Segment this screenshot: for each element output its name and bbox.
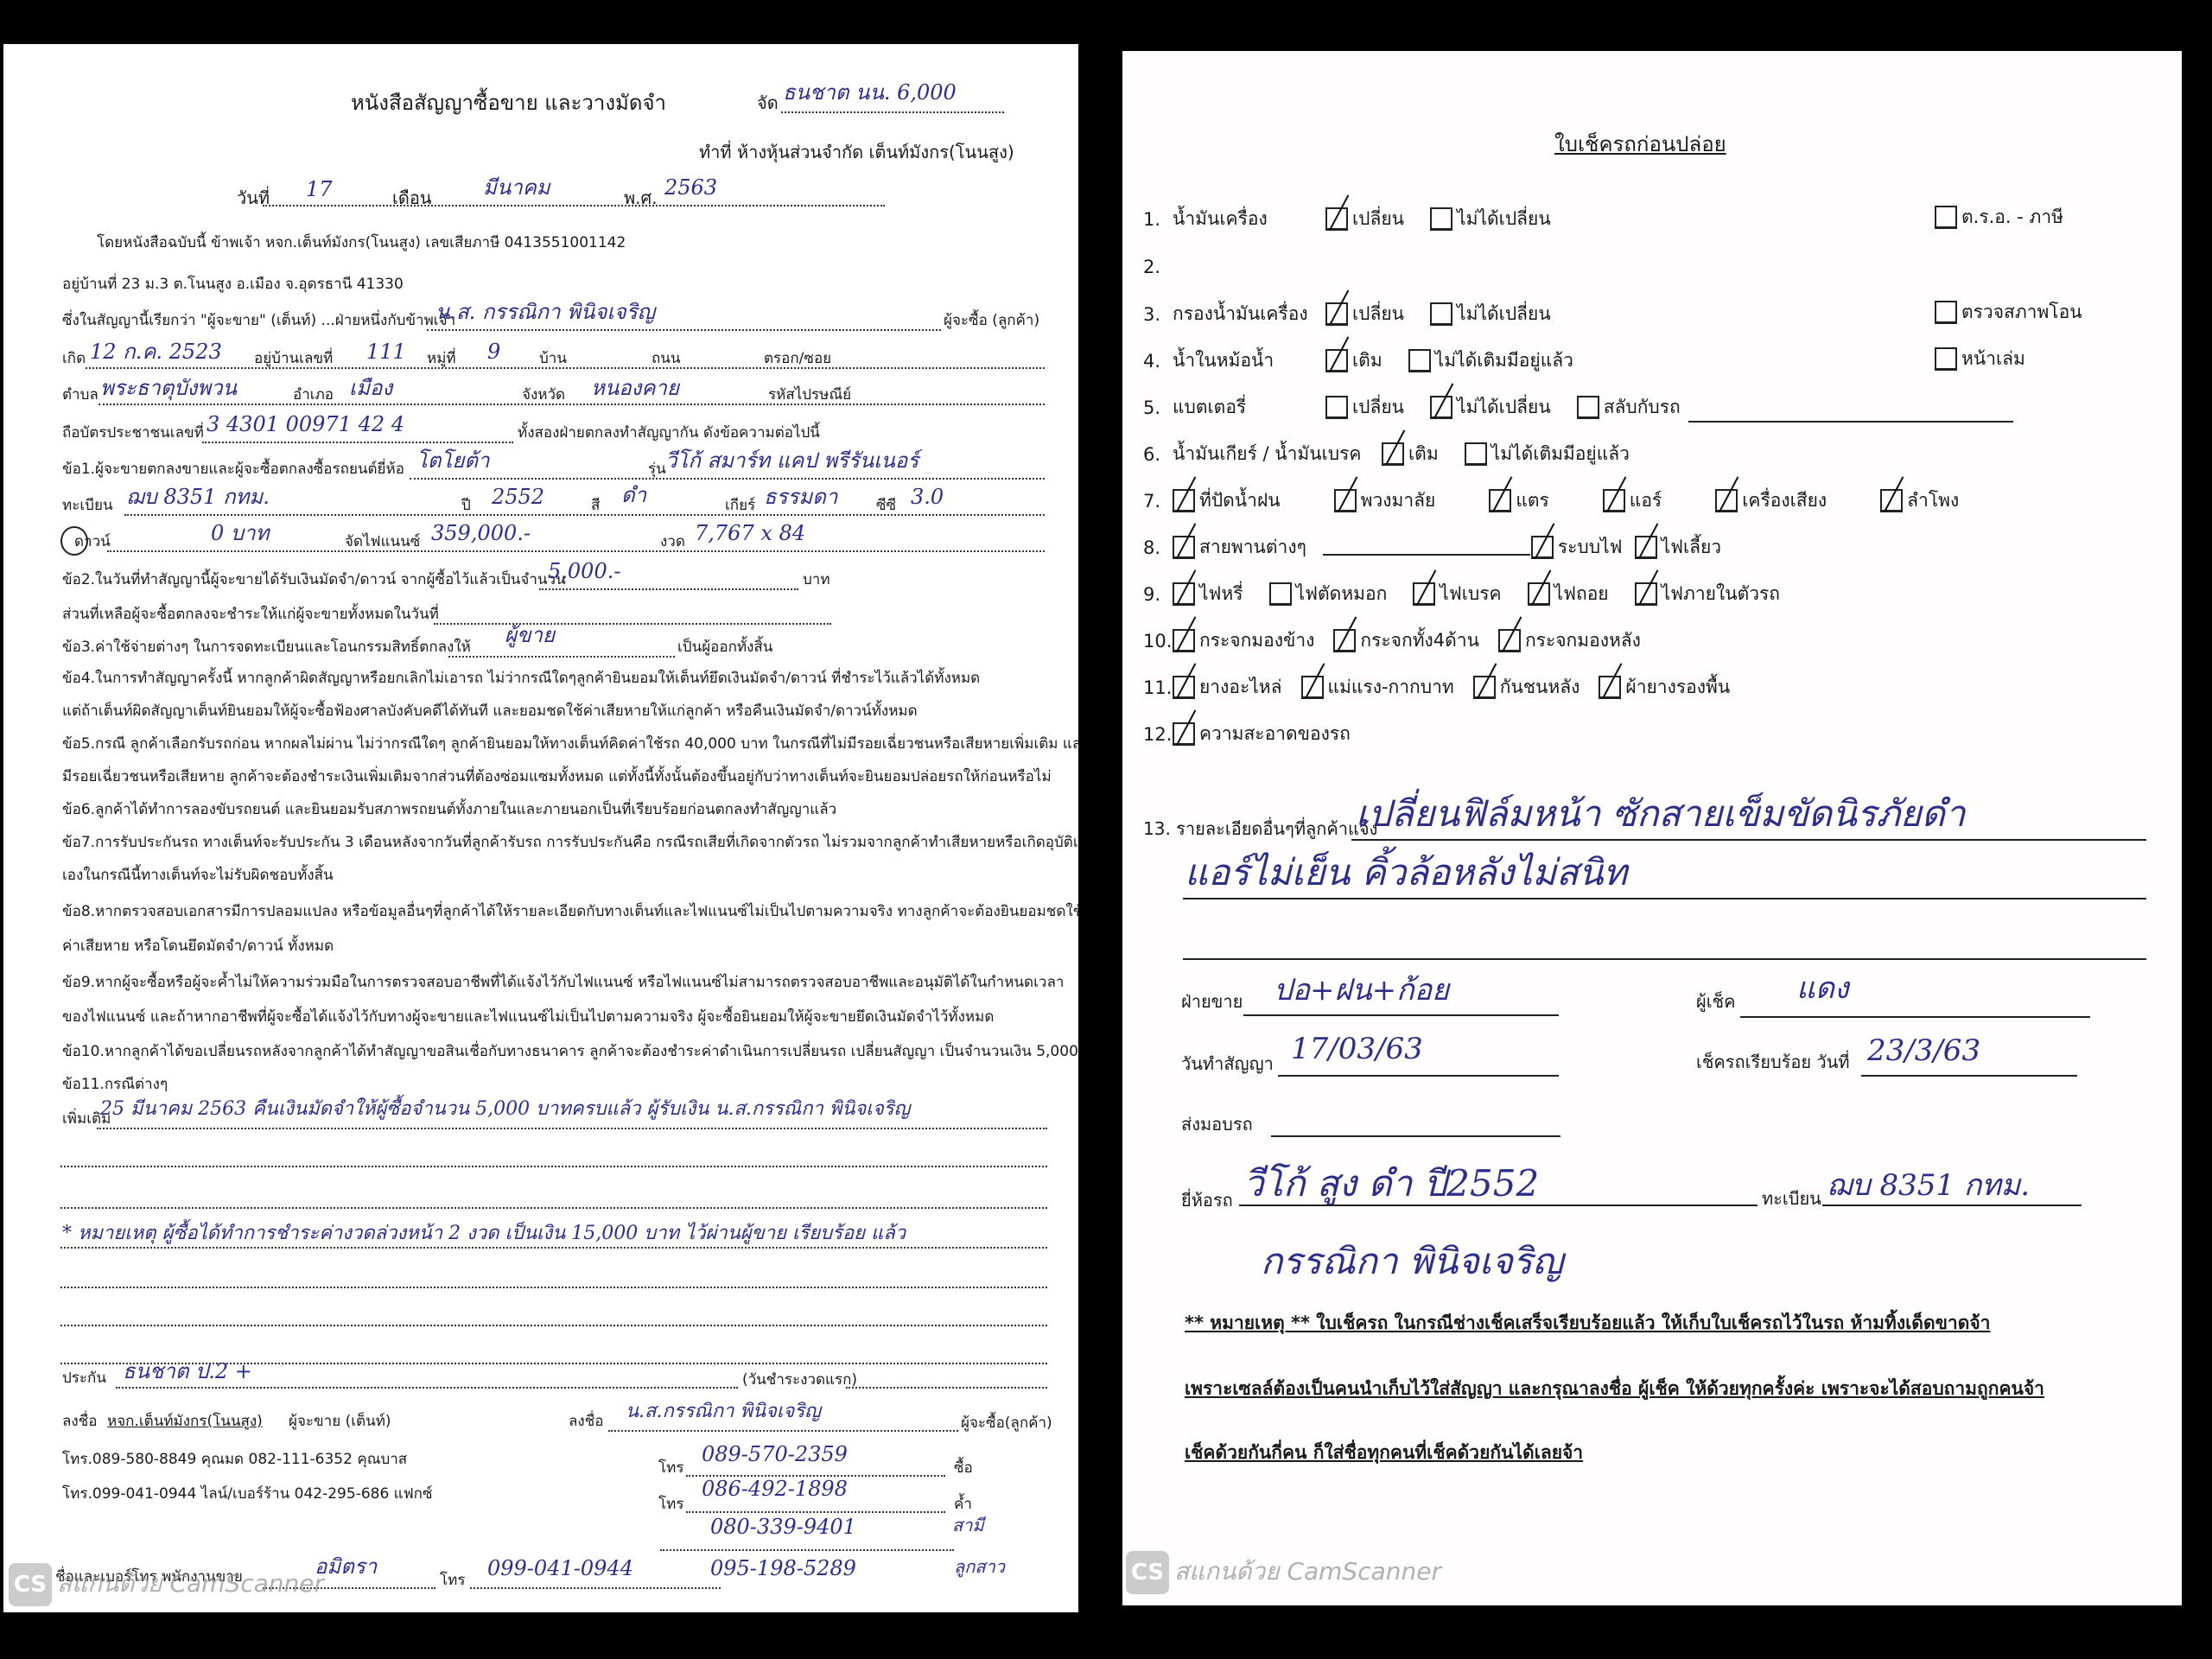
checklist-item: 10.กระจกมองข้างกระจกทั้ง4ด้านกระจกมองหลั…: [1143, 626, 1660, 655]
checklist-option-label: พวงมาลัย: [1361, 486, 1436, 515]
checkbox-checked[interactable]: [1173, 676, 1195, 699]
checklist-option[interactable]: เติม: [1382, 440, 1439, 468]
checklist-option[interactable]: แม่แรง-กากบาท: [1301, 673, 1454, 702]
car-cc: 3.0: [911, 486, 944, 507]
checkbox-checked[interactable]: [1635, 536, 1657, 559]
checklist-option-label: ไฟเบรค: [1440, 580, 1501, 608]
seller-signature: หจก.เต็นท์มังกร(โนนสูง): [107, 1414, 263, 1429]
buyer-subdistrict: พระธาตุบังพวน: [100, 378, 237, 398]
checklist-item: 5.แบตเตอรี่เปลี่ยนไม่ได้เปลี่ยนสลับกับรถ: [1143, 393, 1707, 422]
husband-phone: 080-339-9401: [710, 1516, 856, 1537]
checklist-item-number: 11.: [1143, 677, 1173, 698]
clause-text: ของไฟแนนซ์ และถ้าหากอาชีพที่ผู้จะซื้อได้…: [62, 1010, 994, 1025]
camscanner-logo: CS: [1126, 1551, 1169, 1594]
checklist-option[interactable]: ไม่ได้เติมมีอยู่แล้ว: [1465, 440, 1630, 468]
checklist-option[interactable]: ไม่ได้เปลี่ยน: [1430, 205, 1551, 233]
salesperson-phone: 099-041-0944: [487, 1558, 633, 1579]
checklist-option[interactable]: สายพานต่างๆ: [1173, 533, 1306, 562]
checkbox-unchecked[interactable]: [1577, 396, 1599, 419]
checklist-option-label: สายพานต่างๆ: [1199, 533, 1306, 562]
checkbox-checked[interactable]: [1430, 396, 1452, 419]
checkbox-unchecked[interactable]: [1430, 207, 1452, 231]
checklist-option[interactable]: ผ้ายางรองพื้น: [1599, 673, 1730, 702]
checklist-item-number: 9.: [1143, 584, 1173, 605]
checklist-option-label: เครื่องเสียง: [1742, 486, 1827, 515]
customer-name: กรรณิกา พินิจเจริญ: [1261, 1243, 1563, 1280]
checkbox-unchecked[interactable]: [1269, 582, 1292, 606]
checked-date: 23/3/63: [1867, 1036, 1980, 1065]
checklist-option-label: สลับกับรถ: [1604, 393, 1681, 422]
checkbox-checked[interactable]: [1489, 489, 1511, 512]
side-check-transfer[interactable]: ตรวจสภาพโอน: [1935, 298, 2082, 327]
checklist-item: 6.น้ำมันเกียร์ / น้ำมันเบรคเติมไม่ได้เติ…: [1143, 440, 1656, 468]
note-line-3: เช็คด้วยกันกี่คน ก็ใส่ชื่อทุกคนที่เช็คด้…: [1185, 1444, 1583, 1462]
buyer-province: หนองคาย: [591, 378, 679, 398]
finance-value: ธนชาต นน. 6,000: [783, 82, 957, 103]
checklist-option[interactable]: ไฟภายในตัวรถ: [1635, 580, 1780, 608]
checklist-option-label: ไม่ได้เปลี่ยน: [1457, 205, 1551, 233]
details-line-1: เปลี่ยนฟิล์มหน้า ซักสายเข็มขัดนิรภัยดำ: [1356, 796, 1966, 832]
checkbox-checked[interactable]: [1325, 207, 1348, 231]
checklist-option[interactable]: ไฟตัดหมอก: [1269, 580, 1388, 608]
date-day: 17: [306, 179, 333, 200]
checklist-item-label: กรองน้ำมันเครื่อง: [1173, 300, 1325, 328]
checker-name: แดง: [1796, 974, 1849, 1003]
checklist-option-label: ลำโพง: [1907, 486, 1959, 515]
checkbox-checked[interactable]: [1413, 582, 1435, 606]
seller-address: อยู่บ้านที่ 23 ม.3 ต.โนนสูง อ.เมือง จ.อุ…: [62, 277, 404, 292]
shop-phones: โทร.089-580-8849 คุณมด 082-111-6352 คุณบ…: [62, 1452, 407, 1467]
checklist-item: 8.สายพานต่างๆระบบไฟไฟเลี้ยว: [1143, 533, 1733, 562]
checklist-option[interactable]: ไม่ได้เปลี่ยน: [1430, 300, 1551, 328]
clause-text: ข้อ7.การรับประกันรถ ทางเต็นท์จะรับประกัน…: [62, 836, 1078, 850]
details-line-2: แอร์ไม่เย็น คิ้วล้อหลังไม่สนิท: [1185, 855, 1627, 891]
checkbox-checked[interactable]: [1715, 489, 1738, 512]
checklist-option-label: เปลี่ยน: [1352, 205, 1404, 233]
checklist-option[interactable]: แตร: [1489, 486, 1548, 515]
checklist-item-number: 2.: [1143, 257, 1173, 277]
checkbox-checked[interactable]: [1301, 676, 1324, 699]
side-check-book[interactable]: หน้าเล่ม: [1935, 345, 2025, 373]
checklist-item-label: แบตเตอรี่: [1173, 393, 1325, 422]
checklist-option-label: ไม่ได้เติมมีอยู่แล้ว: [1491, 440, 1630, 468]
checklist-option[interactable]: แอร์: [1603, 486, 1662, 515]
checklist-option-label: กระจกมองข้าง: [1199, 626, 1314, 655]
expense-payer: ผู้ขาย: [505, 625, 555, 645]
checklist-option-label: เปลี่ยน: [1352, 300, 1404, 328]
checklist-option[interactable]: ลำโพง: [1880, 486, 1959, 515]
checkbox-checked[interactable]: [1382, 442, 1404, 466]
checkbox-checked[interactable]: [1880, 489, 1903, 512]
checklist-item-number: 6.: [1143, 444, 1173, 465]
buyer-district: เมือง: [349, 378, 392, 398]
finance-amount: 359,000.-: [431, 523, 531, 543]
checklist-option[interactable]: กันชนหลัง: [1473, 673, 1580, 702]
checklist-item: 2.: [1143, 257, 1173, 277]
checklist-option-label: เปลี่ยน: [1352, 393, 1404, 422]
checklist-option-label: กระจกมองหลัง: [1525, 626, 1641, 655]
checklist-item: 11.ยางอะไหล่แม่แรง-กากบาทกันชนหลังผ้ายาง…: [1143, 673, 1749, 702]
date-year: 2563: [664, 177, 717, 198]
checkbox-unchecked[interactable]: [1430, 302, 1452, 326]
checklist-option[interactable]: พวงมาลัย: [1334, 486, 1436, 515]
checkbox-checked[interactable]: [1473, 676, 1496, 699]
checklist-option[interactable]: กระจกมองหลัง: [1498, 626, 1641, 655]
checkbox-checked[interactable]: [1173, 722, 1195, 746]
note-line-1: ** หมายเหตุ ** ใบเช็ครถ ในกรณีช่างเช็คเส…: [1185, 1314, 1990, 1332]
checkbox-checked[interactable]: [1173, 536, 1195, 559]
checkbox-unchecked[interactable]: [1465, 442, 1487, 466]
camscanner-logo: CS: [9, 1563, 52, 1606]
extra-note: 25 มีนาคม 2563 คืนเงินมัดจำให้ผู้ซื้อจำน…: [100, 1100, 910, 1119]
finance-label: จัด: [757, 94, 779, 111]
checklist-option-label: ไม่ได้เติมมีอยู่แล้ว: [1435, 346, 1573, 375]
checklist-option-label: ผ้ายางรองพื้น: [1625, 673, 1730, 702]
checklist-page: ใบเช็ครถก่อนปล่อย 1.น้ำมันเครื่องเปลี่ยน…: [1122, 51, 2182, 1605]
buyer-birthdate: 12 ก.ค. 2523: [90, 341, 222, 362]
checklist-option[interactable]: เปลี่ยน: [1325, 393, 1404, 422]
checklist-item: 12.ความสะอาดของรถ: [1143, 720, 1376, 748]
checklist-option[interactable]: สลับกับรถ: [1577, 393, 1681, 422]
checkbox-checked[interactable]: [1528, 582, 1550, 606]
checklist-item-number: 1.: [1143, 209, 1173, 230]
insurance-value: ธนชาต ป.2 +: [123, 1361, 252, 1382]
checklist-option[interactable]: เปลี่ยน: [1325, 300, 1404, 328]
checklist-item-number: 3.: [1143, 304, 1173, 325]
camscanner-watermark: CSสแกนด้วย CamScanner: [9, 1563, 324, 1606]
checklist-option-label: แอร์: [1630, 486, 1662, 515]
checklist-item-number: 7.: [1143, 491, 1173, 512]
checklist-option-label: ไฟภายในตัวรถ: [1662, 580, 1780, 608]
checklist-option-label: แตร: [1516, 486, 1548, 515]
checklist-option-label: ที่ปัดน้ำฝน: [1199, 486, 1281, 515]
checkbox-unchecked[interactable]: [1408, 349, 1431, 372]
checkbox-checked[interactable]: [1333, 629, 1356, 652]
checklist-item-number: 12.: [1143, 724, 1173, 745]
shop-phones-2: โทร.099-041-0944 ไลน์/เบอร์ร้าน 042-295-…: [62, 1487, 433, 1502]
clause-text: มีรอยเฉี่ยวชนหรือเสียหาย ลูกค้าจะต้องชำร…: [62, 770, 1052, 785]
checklist-option-label: กันชนหลัง: [1500, 673, 1580, 702]
checklist-option[interactable]: ยางอะไหล่: [1173, 673, 1282, 702]
car-brand: โตโยต้า: [416, 450, 490, 471]
date-month: มีนาคม: [483, 177, 550, 198]
checkbox-checked[interactable]: [1325, 349, 1348, 372]
checklist-option-label: ความสะอาดของรถ: [1199, 720, 1351, 748]
checkbox-checked[interactable]: [1325, 302, 1348, 326]
note-line-2: เพราะเซลล์ต้องเป็นคนนำเก็บไว้ใส่สัญญา แล…: [1185, 1380, 2044, 1398]
checklist-option[interactable]: เปลี่ยน: [1325, 205, 1404, 233]
checkbox-checked[interactable]: [1173, 489, 1195, 512]
checklist-item: 3.กรองน้ำมันเครื่องเปลี่ยนไม่ได้เปลี่ยน: [1143, 300, 1577, 328]
checklist-option[interactable]: ไม่ได้เติมมีอยู่แล้ว: [1408, 346, 1573, 375]
checklist-item-number: 5.: [1143, 397, 1173, 418]
checklist-option[interactable]: ระบบไฟ: [1531, 533, 1623, 562]
clause-text: ข้อ8.หากตรวจสอบเอกสารมีการปลอมแปลง หรือข…: [62, 905, 1078, 919]
checklist-item-label: น้ำมันเครื่อง: [1173, 205, 1325, 233]
checkbox[interactable]: [1935, 301, 1957, 324]
intro-text: โดยหนังสือฉบับนี้ ข้าพเจ้า หจก.เต็นท์มัง…: [97, 236, 626, 251]
checkbox-checked[interactable]: [1173, 629, 1195, 652]
contract-title: หนังสือสัญญาซื้อขาย และวางมัดจำ: [351, 92, 666, 113]
checklist-option-label: เติม: [1352, 346, 1382, 375]
checklist-option-label: ยางอะไหล่: [1199, 673, 1282, 702]
checklist-option[interactable]: เครื่องเสียง: [1715, 486, 1827, 515]
buyer-moo: 9: [487, 341, 500, 362]
checkbox-checked[interactable]: [1635, 582, 1657, 606]
checkbox[interactable]: [1935, 206, 1957, 229]
installment: 7,767 x 84: [695, 523, 805, 543]
checklist-option[interactable]: กระจกทั้ง4ด้าน: [1333, 626, 1479, 655]
checkbox-unchecked[interactable]: [1325, 396, 1348, 419]
buyer-name: น.ส. กรรณิกา พินิจเจริญ: [435, 302, 655, 322]
remark-note: * หมายเหตุ ผู้ซื้อได้ทำการชำระค่างวดล่วง…: [62, 1224, 906, 1243]
checklist-option-label: ไม่ได้เปลี่ยน: [1457, 300, 1551, 328]
checkbox-checked[interactable]: [1173, 582, 1195, 606]
contract-page: หนังสือสัญญาซื้อขาย และวางมัดจำ จัด ธนชา…: [3, 44, 1078, 1612]
checklist-option[interactable]: ไฟถอย: [1528, 580, 1609, 608]
camscanner-watermark: CSสแกนด้วย CamScanner: [1126, 1551, 1441, 1594]
checklist-option-label: กระจกทั้ง4ด้าน: [1360, 626, 1479, 655]
checklist-title: ใบเช็ครถก่อนปล่อย: [1554, 134, 1726, 155]
contract-date: 17/03/63: [1291, 1034, 1423, 1064]
down-payment: 0 บาท: [211, 523, 269, 543]
buyer-id-number: 3 4301 00971 42 4: [207, 414, 404, 435]
checkbox[interactable]: [1935, 347, 1957, 371]
checklist-item: 9.ไฟหรี่ไฟตัดหมอกไฟเบรคไฟถอยไฟภายในตัวรถ: [1143, 580, 1806, 608]
checklist-car-plate: ฌบ 8351 กทม.: [1827, 1171, 2030, 1200]
checkbox-checked[interactable]: [1531, 536, 1554, 559]
checklist-item: 4.น้ำในหม้อน้ำเติมไม่ได้เติมมีอยู่แล้ว: [1143, 346, 1599, 375]
checklist-option-label: เติม: [1408, 440, 1439, 468]
checklist-item: 7.ที่ปัดน้ำฝนพวงมาลัยแตรแอร์เครื่องเสียง…: [1143, 486, 2012, 515]
car-color: ดำ: [621, 485, 646, 505]
car-gear: ธรรมดา: [764, 486, 837, 507]
made-at: ทำที่ ห้างหุ้นส่วนจำกัด เต็นท์มังกร(โนนส…: [699, 143, 1014, 161]
sales-staff: ปอ+ฝน+ก้อย: [1274, 976, 1449, 1005]
clause-text: แต่ถ้าเต็นท์ผิดสัญญาเต็นท์ยินยอมให้ผู้จะ…: [62, 704, 918, 719]
checklist-option[interactable]: ที่ปัดน้ำฝน: [1173, 486, 1281, 515]
clause-text: ค่าเสียหาย หรือโดนยึดมัดจำ/ดาวน์ ทั้งหมด: [62, 939, 334, 954]
side-check-tax[interactable]: ต.ร.อ. - ภาษี: [1935, 203, 2063, 232]
checklist-item-label: น้ำในหม้อน้ำ: [1173, 346, 1325, 375]
clause-text: ข้อ5.กรณี ลูกค้าเลือกรับรถก่อน หากผลไม่ผ…: [62, 737, 1078, 752]
buyer-phone: 089-570-2359: [702, 1444, 848, 1465]
car-year: 2552: [492, 486, 544, 507]
checklist-item-label: น้ำมันเกียร์ / น้ำมันเบรค: [1173, 440, 1382, 468]
guarantor-phone: 086-492-1898: [702, 1478, 848, 1499]
buyer-house-no: 111: [366, 341, 406, 362]
checkbox-checked[interactable]: [1334, 489, 1357, 512]
clause-text: ข้อ10.หากลูกค้าได้ขอเปลี่ยนรถหลังจากลูกค…: [62, 1045, 1078, 1059]
buyer-signature: น.ส.กรรณิกา พินิจเจริญ: [626, 1402, 821, 1421]
checkbox-checked[interactable]: [1599, 676, 1621, 699]
checklist-item-number: 10.: [1143, 631, 1173, 652]
clause-text: ข้อ6.ลูกค้าได้ทำการลองขับรถยนต์ และยินยอ…: [62, 803, 836, 817]
daughter-phone: 095-198-5289: [710, 1558, 856, 1579]
checkbox-checked[interactable]: [1498, 629, 1521, 652]
checklist-option[interactable]: ไฟหรี่: [1173, 580, 1243, 608]
checklist-option[interactable]: ไม่ได้เปลี่ยน: [1430, 393, 1551, 422]
clause-text: ข้อ9.หากผู้จะซื้อหรือผู้จะค้ำไม่ให้ความร…: [62, 976, 1064, 990]
checklist-item: 1.น้ำมันเครื่องเปลี่ยนไม่ได้เปลี่ยน: [1143, 205, 1577, 233]
checklist-option[interactable]: ไฟเลี้ยว: [1635, 533, 1722, 562]
car-plate: ฌบ 8351 กทม.: [126, 486, 270, 507]
checklist-option-label: ไฟตัดหมอก: [1296, 580, 1388, 608]
checklist-option-label: ไม่ได้เปลี่ยน: [1457, 393, 1551, 422]
checklist-option[interactable]: ความสะอาดของรถ: [1173, 720, 1351, 748]
deposit-amount: 5,000.-: [548, 561, 620, 582]
checklist-option[interactable]: กระจกมองข้าง: [1173, 626, 1314, 655]
checklist-item-number: 4.: [1143, 351, 1173, 372]
clause-text: ข้อ4.ในการทำสัญญาครั้งนี้ หากลูกค้าผิดสั…: [62, 671, 980, 686]
car-model: วีโก้ สมาร์ท แคป พรีรันเนอร์: [665, 450, 918, 471]
checklist-option-label: แม่แรง-กากบาท: [1328, 673, 1454, 702]
checklist-item-number: 8.: [1143, 537, 1173, 558]
checklist-option-label: ไฟหรี่: [1199, 580, 1243, 608]
checklist-option[interactable]: เติม: [1325, 346, 1382, 375]
checkbox-checked[interactable]: [1603, 489, 1625, 512]
checklist-car-brand: วีโก้ สูง ดำ ปี2552: [1243, 1166, 1539, 1202]
checklist-option[interactable]: ไฟเบรค: [1413, 580, 1501, 608]
clause-text: เองในกรณีนี้ทางเต็นท์จะไม่รับผิดชอบทั้งส…: [62, 868, 334, 883]
checklist-option-label: ไฟถอย: [1554, 580, 1609, 608]
